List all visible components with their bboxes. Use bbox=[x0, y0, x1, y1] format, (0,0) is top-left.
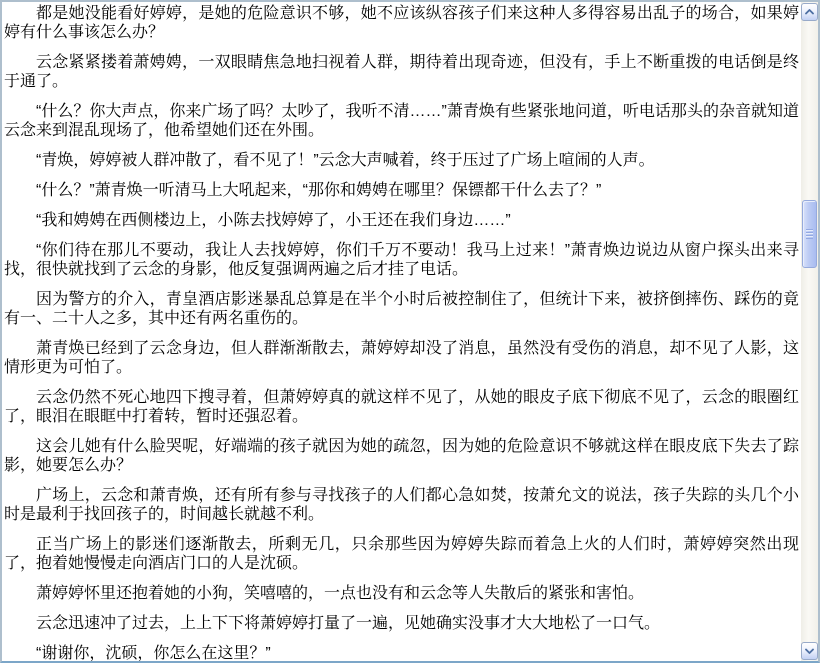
novel-reader-page: 都是她没能看好婷婷，是她的危险意识不够，她不应该纵容孩子们来这种人多得容易出乱子… bbox=[0, 0, 820, 663]
paragraph: 云念仍然不死心地四下搜寻着，但萧婷婷真的就这样不见了，从她的眼皮子底下彻底不见了… bbox=[4, 388, 799, 426]
paragraph: 这会儿她有什么脸哭呢，好端端的孩子就因为她的疏忽，因为她的危险意识不够就这样在眼… bbox=[4, 437, 799, 475]
paragraph: 广场上，云念和萧青焕，还有所有参与寻找孩子的人们都心急如焚，按萧允文的说法，孩子… bbox=[4, 486, 799, 524]
scroll-up-button[interactable] bbox=[801, 3, 818, 21]
paragraph: 正当广场上的影迷们逐渐散去，所剩无几，只余那些因为婷婷失踪而着急上火的人们时，萧… bbox=[4, 535, 799, 573]
paragraph: “我和娉娉在西侧楼边上，小陈去找婷婷了，小王还在我们身边……” bbox=[4, 211, 799, 230]
chevron-down-icon bbox=[805, 648, 814, 654]
paragraph: “你们待在那儿不要动，我让人去找婷婷，你们千万不要动！我马上过来！”萧青焕边说边… bbox=[4, 241, 799, 279]
paragraph: 因为警方的介入，青皇酒店影迷暴乱总算是在半个小时后被控制住了，但统计下来，被挤倒… bbox=[4, 290, 799, 328]
paragraph: “什么？你大声点，你来广场了吗？太吵了，我听不清……”萧青焕有些紧张地问道，听电… bbox=[4, 102, 799, 140]
vertical-scrollbar[interactable] bbox=[801, 2, 818, 661]
paragraph: 萧婷婷怀里还抱着她的小狗，笑嘻嘻的，一点也没有和云念等人失散后的紧张和害怕。 bbox=[4, 584, 799, 603]
scrollbar-grip-icon bbox=[806, 229, 813, 239]
paragraph: “青焕，婷婷被人群冲散了，看不见了！”云念大声喊着，终于压过了广场上喧闹的人声。 bbox=[4, 151, 799, 170]
text-content-area: 都是她没能看好婷婷，是她的危险意识不够，她不应该纵容孩子们来这种人多得容易出乱子… bbox=[2, 2, 801, 661]
paragraph: “谢谢你，沈硕，你怎么在这里？” bbox=[4, 644, 799, 661]
chevron-up-icon bbox=[805, 9, 814, 15]
paragraph: 都是她没能看好婷婷，是她的危险意识不够，她不应该纵容孩子们来这种人多得容易出乱子… bbox=[4, 4, 799, 42]
paragraph: 云念迅速冲了过去，上上下下将萧婷婷打量了一遍，见她确实没事才大大地松了一口气。 bbox=[4, 614, 799, 633]
paragraph: “什么？”萧青焕一听清马上大吼起来，“那你和娉娉在哪里？保镖都干什么去了？” bbox=[4, 181, 799, 200]
paragraph: 萧青焕已经到了云念身边，但人群渐渐散去，萧婷婷却没了消息，虽然没有受伤的消息，却… bbox=[4, 339, 799, 377]
paragraph: 云念紧紧搂着萧娉娉，一双眼睛焦急地扫视着人群，期待着出现奇迹，但没有，手上不断重… bbox=[4, 53, 799, 91]
scrollbar-thumb[interactable] bbox=[802, 200, 817, 268]
scroll-down-button[interactable] bbox=[801, 642, 818, 660]
